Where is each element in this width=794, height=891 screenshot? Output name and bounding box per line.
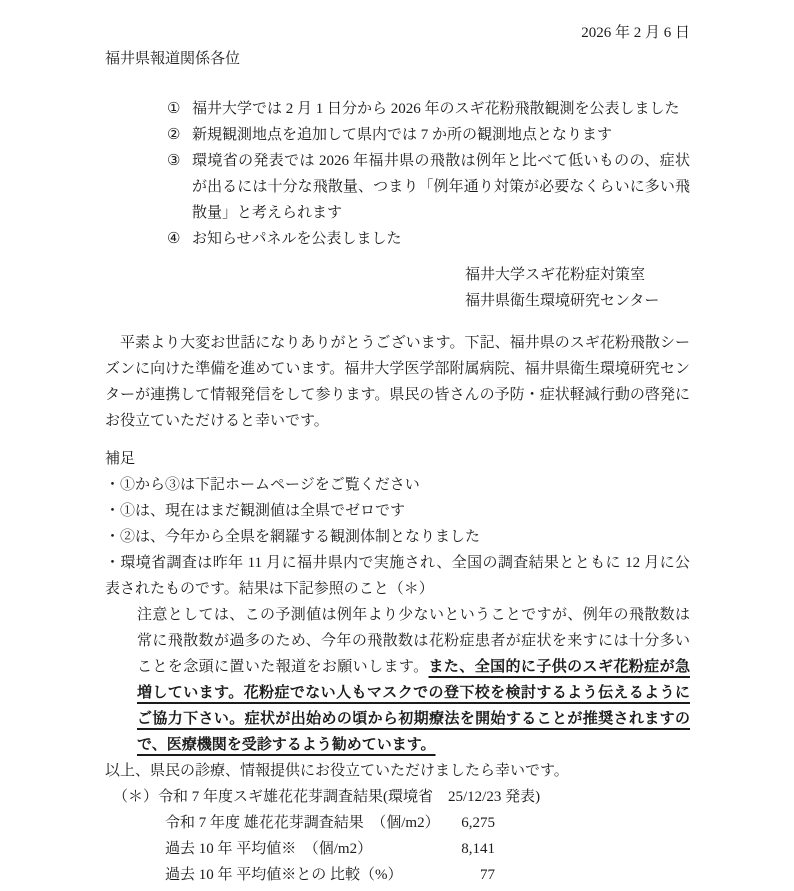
closing-line: 以上、県民の診療、情報提供にお役立ていただけましたら幸いです。 <box>105 758 690 784</box>
survey-row-value: 6,275 <box>445 810 495 836</box>
survey-table: 令和 7 年度 雄花花芽調査結果 （個/m2） 6,275 過去 10 年 平均… <box>165 810 690 888</box>
signature-block: 福井大学スギ花粉症対策室 福井県衛生環境研究センター <box>465 262 659 314</box>
circled-number-2: ② <box>167 122 185 148</box>
supplement-item-2: ・①は、現在はまだ観測値は全県でゼロです <box>105 498 690 524</box>
notice-item-3: ③ 環境省の発表では 2026 年福井県の飛散は例年と比べて低いものの、症状が出… <box>167 148 690 226</box>
signature-line-university: 福井大学スギ花粉症対策室 <box>465 262 659 288</box>
document-page: 2026 年 2 月 6 日 福井県報道関係各位 ① 福井大学では 2 月 1 … <box>0 0 794 891</box>
notice-list: ① 福井大学では 2 月 1 日分から 2026 年のスギ花粉飛散観測を公表しま… <box>105 96 690 252</box>
survey-row-label: 過去 10 年 平均値※との 比較（%） <box>165 862 445 888</box>
circled-number-1: ① <box>167 96 185 122</box>
circled-number-3: ③ <box>167 148 185 174</box>
notice-item-4: ④ お知らせパネルを公表しました <box>167 226 690 252</box>
recipient-line: 福井県報道関係各位 <box>105 46 690 72</box>
notice-item-text: 福井大学では 2 月 1 日分から 2026 年のスギ花粉飛散観測を公表しました <box>192 96 690 122</box>
date-line: 2026 年 2 月 6 日 <box>105 20 690 46</box>
supplement-item-1: ・①から③は下記ホームページをご覧ください <box>105 472 690 498</box>
notice-item-2: ② 新規観測地点を追加して県内では 7 か所の観測地点となります <box>167 122 690 148</box>
caution-paragraph: 注意としては、この予測値は例年より少ないということですが、例年の飛散数は常に飛散… <box>137 602 690 758</box>
supplement-item-3: ・②は、今年から全県を網羅する観測体制となりました <box>105 524 690 550</box>
survey-row-value: 8,141 <box>445 836 495 862</box>
greeting-paragraph: 平素より大変お世話になりありがとうございます。下記、福井県のスギ花粉飛散シーズン… <box>105 330 690 434</box>
notice-item-text: お知らせパネルを公表しました <box>192 226 690 252</box>
survey-row-value: 77 <box>445 862 495 888</box>
signature-line-center: 福井県衛生環境研究センター <box>465 288 659 314</box>
survey-row-1: 令和 7 年度 雄花花芽調査結果 （個/m2） 6,275 <box>165 810 690 836</box>
circled-number-4: ④ <box>167 226 185 252</box>
survey-row-2: 過去 10 年 平均値※ （個/m2） 8,141 <box>165 836 690 862</box>
survey-row-3: 過去 10 年 平均値※との 比較（%） 77 <box>165 862 690 888</box>
notice-item-text: 新規観測地点を追加して県内では 7 か所の観測地点となります <box>192 122 690 148</box>
survey-note-title: （＊）令和 7 年度スギ雄花花芽調査結果(環境省 25/12/23 発表) <box>113 784 690 810</box>
supplement-heading: 補足 <box>105 446 690 472</box>
supplement-item-4: ・環境省調査は昨年 11 月に福井県内で実施され、全国の調査結果とともに 12 … <box>105 550 690 602</box>
survey-row-label: 令和 7 年度 雄花花芽調査結果 （個/m2） <box>165 810 445 836</box>
notice-item-text: 環境省の発表では 2026 年福井県の飛散は例年と比べて低いものの、症状が出るに… <box>192 148 690 226</box>
notice-item-1: ① 福井大学では 2 月 1 日分から 2026 年のスギ花粉飛散観測を公表しま… <box>167 96 690 122</box>
survey-row-label: 過去 10 年 平均値※ （個/m2） <box>165 836 445 862</box>
